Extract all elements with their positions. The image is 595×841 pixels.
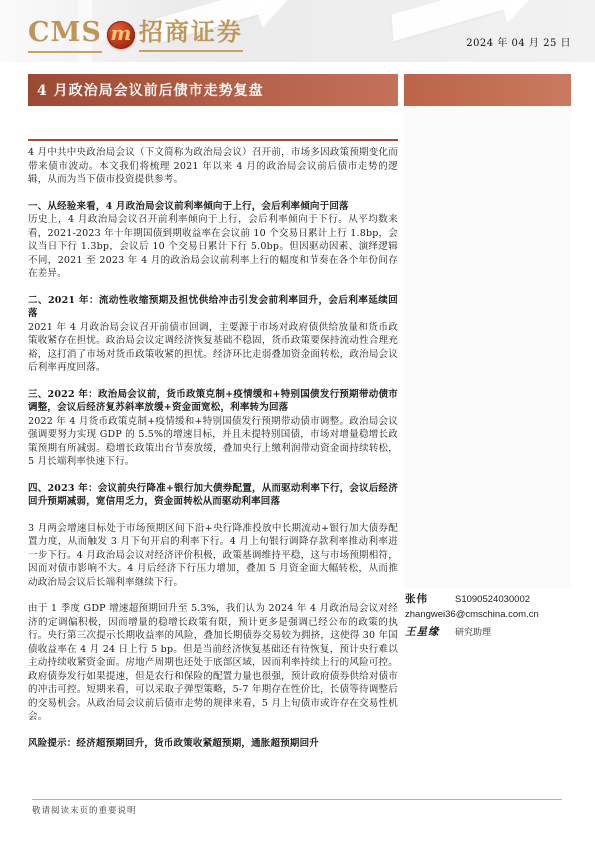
footer-disclaimer: 敬请阅读末页的重要说明 bbox=[32, 804, 137, 816]
assistant-title: 研究助理 bbox=[455, 625, 491, 638]
section-heading: 风险提示：经济超预期回升，货币政策收紧超预期，通胀超预期回升 bbox=[28, 737, 398, 751]
report-title: 4 月政治局会议前后债市走势复盘 bbox=[37, 80, 264, 100]
title-side-accent-block bbox=[404, 74, 571, 106]
assistant-name: 王星缘 bbox=[405, 624, 455, 639]
cms-logo: CMS m 招商证券 bbox=[28, 16, 243, 54]
right-side-column bbox=[404, 106, 571, 588]
section-heading: 三、2022 年：政治局会议前，货币政策克制+疫情缓和+特别国债发行预期带动债市… bbox=[28, 388, 398, 415]
analyst-row: 张伟 S1090524030002 bbox=[405, 591, 573, 606]
body-paragraph: 2021 年 4 月政治局会议召开前债市回调，主要源于市场对政府债供给放量和货币… bbox=[28, 321, 398, 375]
cms-badge-icon: m bbox=[107, 21, 135, 49]
report-page: CMS m 招商证券 2024 年 04 月 25 日 4 月政治局会议前后债市… bbox=[0, 0, 595, 841]
analyst-name: 张伟 bbox=[405, 591, 455, 606]
body-paragraph: 历史上，4 月政治局会议召开前利率倾向于上行，会后利率倾向于下行。从平均数来看，… bbox=[28, 213, 398, 281]
body-paragraph: 4 月中共中央政治局会议（下文简称为政治局会议）召开前，市场多因政策预期变化而带… bbox=[28, 146, 398, 187]
cms-logo-chinese-name: 招商证券 bbox=[139, 18, 243, 52]
body-content: 4 月中共中央政治局会议（下文简称为政治局会议）召开前，市场多因政策预期变化而带… bbox=[28, 139, 398, 750]
cms-logo-text: CMS bbox=[28, 18, 102, 53]
body-paragraph: 3 月两会增速目标处于市场预期区间下沿+央行降准投放中长期流动+银行加大债券配置… bbox=[28, 522, 398, 590]
section-heading: 二、2021 年：流动性收缩预期及担忧供给冲击引发会前利率回升，会后利率延续回落 bbox=[28, 294, 398, 321]
assistant-row: 王星缘 研究助理 bbox=[405, 624, 573, 639]
cms-badge-glyph: m bbox=[110, 23, 131, 43]
footer-divider bbox=[32, 799, 562, 800]
analyst-email-link[interactable]: zhangwei36@cmschina.com.cn bbox=[405, 609, 573, 620]
report-title-bar: 4 月政治局会议前后债市走势复盘 bbox=[28, 74, 398, 106]
section-heading: 四、2023 年：会议前央行降准+银行加大债券配置，从而驱动利率下行，会议后经济… bbox=[28, 482, 398, 509]
section-heading: 一、从经验来看，4 月政治局会议前利率倾向于上行，会后利率倾向于回落 bbox=[28, 200, 398, 214]
analyst-cert-number: S1090524030002 bbox=[455, 594, 530, 605]
body-paragraph: 由于 1 季度 GDP 增速超预期回升至 5.3%，我们认为 2024 年 4 … bbox=[28, 602, 398, 724]
author-block: 张伟 S1090524030002 zhangwei36@cmschina.co… bbox=[405, 591, 573, 642]
report-date: 2024 年 04 月 25 日 bbox=[466, 34, 571, 49]
body-paragraph: 2022 年 4 月货币政策克制+疫情缓和+特别国债发行预期带动债市调整。政治局… bbox=[28, 415, 398, 469]
